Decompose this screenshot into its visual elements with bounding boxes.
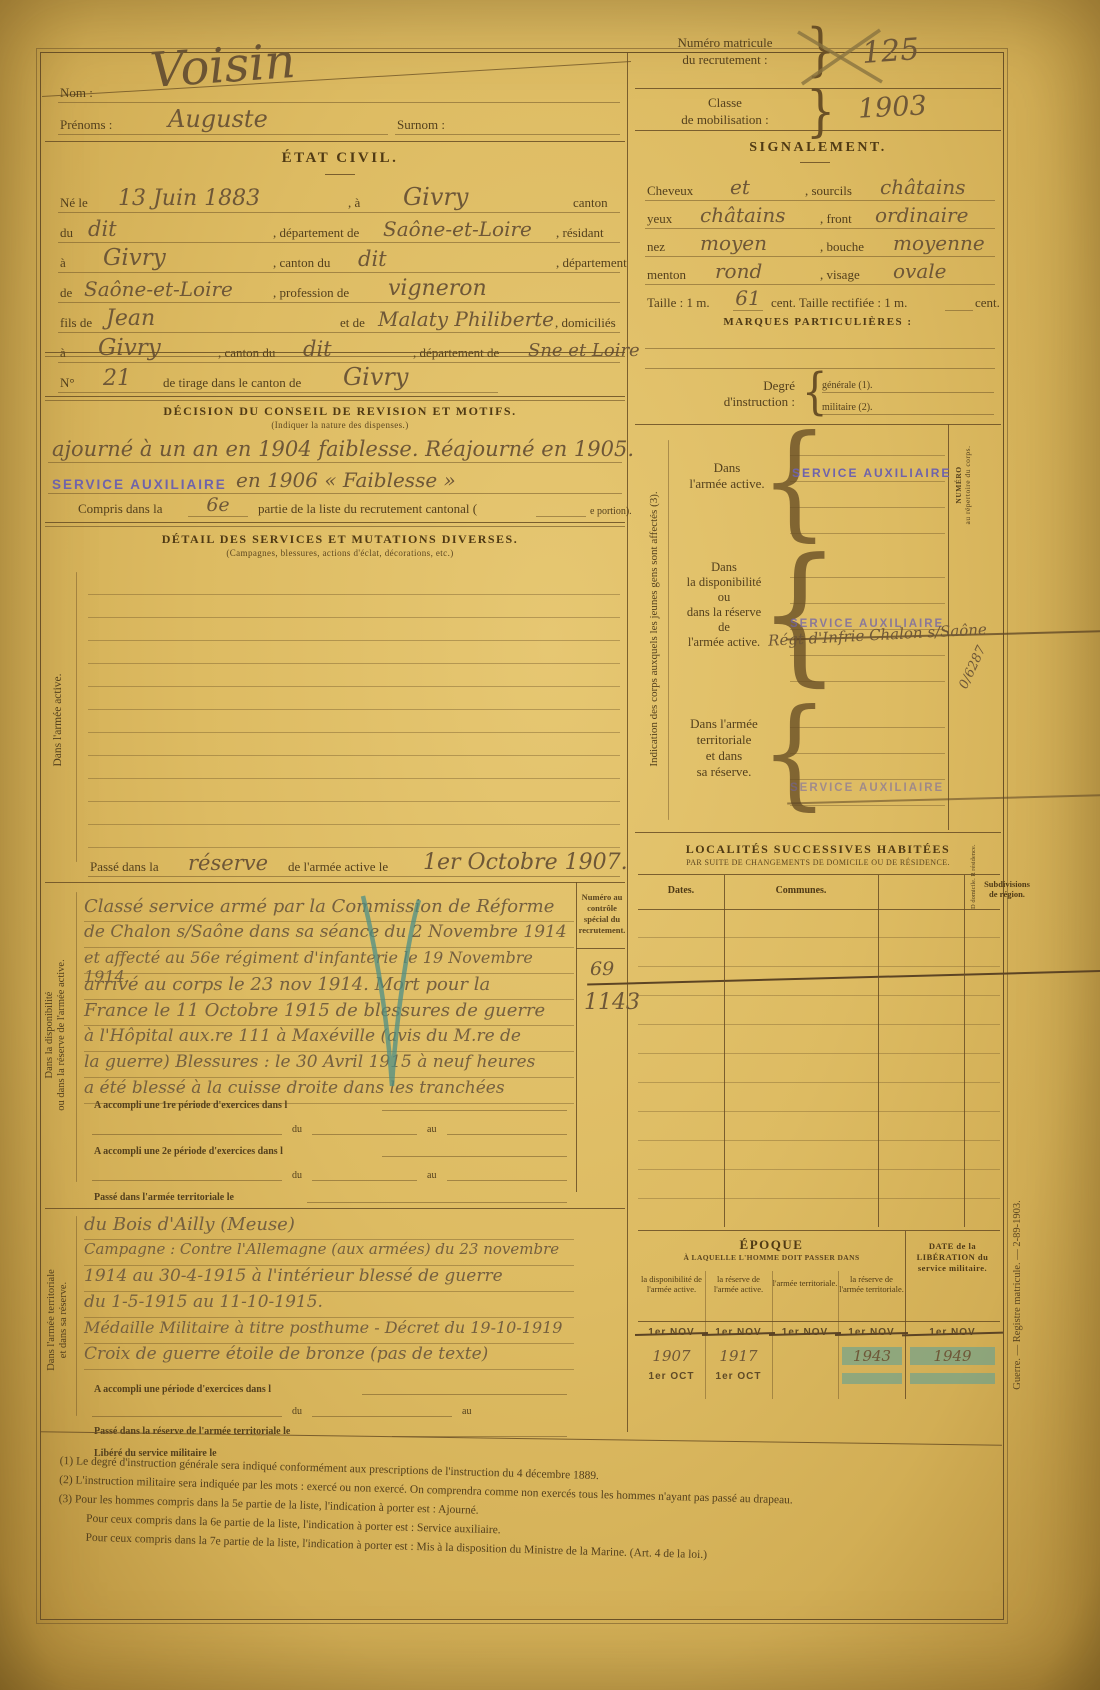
record-line: à l'Hôpital aux.re 111 à Maxéville (avis…: [84, 1026, 574, 1052]
record-line: et affecté au 56e régiment d'infanterie …: [84, 948, 574, 974]
epoque-r2c5: 1949: [910, 1347, 995, 1365]
service-auxiliaire-stamp-2: SERVICE AUXILIAIRE: [792, 466, 951, 480]
degre-generale-row: générale (1).: [822, 372, 994, 393]
menton-value: rond: [715, 259, 762, 283]
departement-label: , département: [556, 255, 627, 271]
degre-label-line2: d'instruction :: [700, 394, 795, 410]
compris-label2: partie de la liste du recrutement canton…: [258, 501, 477, 517]
periode1-row: A accompli une 1re période d'exercices d…: [92, 1088, 572, 1112]
localites-empty-rows: [638, 909, 1000, 1227]
epoque-col3-header: l'armée territoriale.: [772, 1279, 838, 1289]
matricule-label-line2: du recrutement :: [650, 51, 800, 68]
matricule-value: 125: [861, 32, 921, 71]
nez-value: moyen: [700, 231, 767, 255]
periode2-row: A accompli une 2e période d'exercices da…: [92, 1134, 572, 1158]
portion-label: e portion).: [590, 506, 632, 517]
decision-line1-text: ajourné à un an en 1904 faiblesse. Réajo…: [52, 437, 634, 461]
du-label: du: [60, 225, 73, 241]
nom-row: Nom :: [58, 76, 620, 103]
prof-value: vigneron: [388, 276, 487, 301]
classe-value: 1903: [857, 90, 927, 125]
cent-label: cent.: [975, 295, 1000, 311]
marques-title: MARQUES PARTICULIÈRES :: [640, 316, 996, 328]
etat-civil-row6: à Givry , canton du dit , département de…: [58, 332, 620, 363]
campagne-line: Campagne : Contre l'Allemagne (aux armée…: [84, 1240, 574, 1266]
record-line: arrivé au corps le 23 nov 1914. Mort pou…: [84, 974, 574, 1000]
surnom-label: Surnom :: [397, 117, 445, 133]
territoriale-vlabel: Dans l'armée territoriale et dans sa rés…: [46, 1220, 70, 1420]
service-record-block: Classé service armé par la Commission de…: [84, 896, 574, 1104]
compris-row: Compris dans la 6e partie de la liste du…: [58, 492, 620, 518]
dept-de-label: , département de: [273, 225, 359, 241]
prenoms-label: Prénoms :: [60, 117, 112, 133]
periode3-row: A accompli une période d'exercices dans …: [92, 1372, 572, 1396]
territoriale-vlabel-line2: et dans sa réserve.: [58, 1220, 70, 1420]
epoque-r2c2: 1917: [705, 1347, 772, 1365]
corps-b2-l2: la disponibilité: [680, 575, 768, 590]
etat-civil-row3: à Givry , canton du dit , département: [58, 242, 620, 273]
prenoms-row: Prénoms : Auguste: [58, 108, 388, 135]
pere-value: Jean: [106, 306, 155, 331]
classe-label: Classe de mobilisation :: [650, 94, 800, 128]
ctrl-header-divider: [576, 948, 625, 949]
birth-place-value: Givry: [403, 183, 468, 211]
corps-b3-l2: territoriale: [680, 732, 768, 748]
de-label: de: [60, 285, 72, 301]
repertoire-vlabel-line2: au répertoire du corps.: [963, 430, 972, 540]
taille-row: Taille : 1 m. 61 cent. Taille rectifiée …: [645, 286, 995, 312]
generale-label: générale (1).: [822, 380, 873, 391]
epoque-r3c1: 1er OCT: [638, 1371, 705, 1382]
tirage-divider: [45, 352, 625, 357]
campagne-line: Croix de guerre étoile de bronze (pas de…: [84, 1344, 574, 1370]
residant-label: , résidant: [556, 225, 604, 241]
etat-civil-row1: Né le 13 Juin 1883 , à Givry canton: [58, 180, 620, 213]
corps-b3-l1: Dans l'armée: [680, 716, 768, 732]
fils-label: fils de: [60, 315, 92, 331]
service-auxiliaire-stamp-4: SERVICE AUXILIAIRE: [790, 782, 1100, 794]
nom-label: Nom :: [60, 85, 93, 101]
corps-b2-l3: ou: [680, 590, 768, 605]
taille-label: Taille : 1 m.: [647, 295, 710, 311]
dispo-vlabel-line1: Dans la disponibilité: [44, 885, 56, 1185]
passe-reserve-row: Passé dans la réserve de l'armée active …: [88, 848, 620, 877]
periode1-blank: [382, 1100, 567, 1111]
repertoire-vlabel: NUMÉRO au répertoire du corps.: [954, 430, 972, 540]
corps-b3-l4: sa réserve.: [680, 764, 768, 780]
epoque-col2-header: la réserve de l'armée active.: [705, 1275, 772, 1294]
epoque-subtitle: À LAQUELLE L'HOMME DOIT PASSER DANS: [638, 1253, 905, 1262]
canton-du-label: , canton du: [273, 255, 330, 271]
canton1-value: dit: [88, 217, 117, 241]
territoriale-vlabel-line1: Dans l'armée territoriale: [46, 1220, 58, 1420]
decision-line1: ajourné à un an en 1904 faiblesse. Réajo…: [48, 432, 622, 463]
degre-militaire-row: militaire (2).: [822, 394, 994, 415]
campagne-line: du 1-5-1915 au 11-10-1915.: [84, 1292, 574, 1318]
bouche-label: , bouche: [820, 239, 864, 255]
corps-b2-label: Dans la disponibilité ou dans la réserve…: [680, 560, 768, 650]
record-line: de Chalon s/Saône dans sa séance du 2 No…: [84, 922, 574, 948]
record-line: Classé service armé par la Commission de…: [84, 896, 574, 922]
visage-value: ovale: [893, 259, 947, 283]
corps-b3-l3: et dans: [680, 748, 768, 764]
nez-label: nez: [647, 239, 665, 255]
classe-divider: [635, 130, 1001, 131]
epoque-r3c2: 1er OCT: [705, 1371, 772, 1382]
periode1-dates-row: du au: [92, 1112, 572, 1136]
localites-table: Dates. Communes. Subdivisions de région.…: [638, 874, 1000, 1227]
tirage-canton-value: Givry: [343, 363, 408, 391]
epoque-r2c1: 1907: [638, 1347, 705, 1365]
dept3-value: Sne et Loire: [528, 340, 640, 361]
dispo-top-divider: [45, 882, 625, 883]
detail-title: DÉTAIL DES SERVICES ET MUTATIONS DIVERSE…: [60, 532, 620, 547]
corps-brace-line: [668, 440, 669, 820]
campagne-line: Médaille Militaire à titre posthume - Dé…: [84, 1318, 574, 1344]
localites-col-communes: Communes.: [724, 885, 878, 896]
epoque-r1c4: 1er NOV: [838, 1327, 905, 1338]
detail-subtitle: (Campagnes, blessures, actions d'éclat, …: [60, 548, 620, 558]
corps-b1-label-line1: Dans: [686, 460, 768, 476]
etat-civil-row4: de Saône-et-Loire , profession de vigner…: [58, 272, 620, 303]
surnom-row: Surnom :: [395, 108, 620, 135]
degre-label-line1: Degré: [700, 378, 795, 394]
etat-civil-row2: du dit , département de Saône-et-Loire ,…: [58, 212, 620, 243]
passe-reserve-label2: de l'armée active le: [288, 859, 388, 875]
territoriale-top-divider: [45, 1208, 625, 1209]
campagne-line: 1914 au 30-4-1915 à l'intérieur blessé d…: [84, 1266, 574, 1292]
epoque-rows-top: [638, 1321, 1000, 1322]
epoque-r3c4-highlight: [842, 1373, 902, 1384]
yeux-value: châtains: [700, 203, 786, 227]
classe-label-line1: Classe: [650, 94, 800, 111]
epoque-title: ÉPOQUE: [638, 1237, 905, 1253]
localites-subtitle: PAR SUITE DE CHANGEMENTS DE DOMICILE OU …: [640, 858, 996, 867]
record-line: France le 11 Octobre 1915 de blessures d…: [84, 1000, 574, 1026]
classe-label-line2: de mobilisation :: [650, 111, 800, 128]
matricule-label-line1: Numéro matricule: [650, 34, 800, 51]
prenoms-value: Auguste: [168, 105, 268, 133]
column-divider: [627, 52, 628, 1432]
armee-active-blank-lines: [88, 572, 620, 848]
dom-label: , domiciliés: [555, 315, 616, 331]
corps-vlabel: Indication des corps auxquels les jeunes…: [648, 430, 660, 828]
armee-active-brace-line: [76, 572, 77, 862]
margin-imprint: Guerre. — Registre matricule. — 2-89-190…: [1012, 1140, 1023, 1450]
bouche-value: moyenne: [893, 231, 985, 255]
dept2-value: Saône-et-Loire: [84, 277, 233, 301]
epoque-r1c5: 1er NOV: [905, 1327, 1000, 1338]
front-label: , front: [820, 211, 852, 227]
corps-b2-l1: Dans: [680, 560, 768, 575]
passe-reserve-date: 1er Octobre 1907.: [423, 850, 628, 875]
corps-b2-l6: l'armée active.: [680, 635, 768, 650]
repertoire-vlabel-line1: NUMÉRO: [954, 430, 963, 540]
portion-blank: [536, 504, 586, 517]
taille-rect-blank: [945, 300, 973, 311]
matricule-label: Numéro matricule du recrutement :: [650, 34, 800, 68]
epoque-r1c1: 1er NOV: [638, 1327, 705, 1338]
marques-title-text: MARQUES PARTICULIÈRES :: [723, 316, 912, 328]
passe-reserve-terr-blank: [392, 1426, 567, 1437]
birth-date-value: 13 Juin 1883: [118, 186, 260, 211]
etat-civil-row5: fils de Jean et de Malaty Philiberte , d…: [58, 302, 620, 333]
yeux-label: yeux: [647, 211, 672, 227]
periode1-label: A accompli une 1re période d'exercices d…: [94, 1100, 287, 1111]
detail-top-divider: [45, 522, 625, 527]
decision-top-divider: [45, 396, 625, 401]
localites-col-dates: Dates.: [638, 885, 724, 896]
ctrl-header: Numéro au contrôle spécial du recrutemen…: [578, 892, 626, 936]
epoque-col1-header: la disponibilité de l'armée active.: [638, 1275, 705, 1294]
ctrl-header-text: Numéro au contrôle spécial du recrutemen…: [579, 892, 626, 935]
blue-check-mark: [355, 890, 425, 1100]
localites-col-dr: D domicile. R résidence.: [970, 875, 977, 909]
marques-blank1: [645, 336, 995, 349]
armee-active-vlabel: Dans l'armée active.: [52, 580, 64, 860]
periode3-blank: [362, 1384, 567, 1395]
ne-le-label: Né le: [60, 195, 88, 211]
epoque-table: ÉPOQUE À LAQUELLE L'HOMME DOIT PASSER DA…: [638, 1230, 1000, 1399]
taille-label2: cent. Taille rectifiée : 1 m.: [771, 295, 907, 311]
partie-value: 6e: [188, 494, 248, 517]
signalement-row1: Cheveux et , sourcils châtains: [645, 172, 995, 201]
epoque-r1c3: 1er NOV: [772, 1327, 838, 1338]
tirage-row: N° 21 de tirage dans le canton de Givry: [58, 362, 498, 393]
dept1-value: Saône-et-Loire: [383, 217, 532, 241]
decision-subtitle: (Indiquer la nature des dispenses.): [60, 420, 620, 430]
periode2-blank: [382, 1146, 567, 1157]
ctrl-box-left-border: [576, 882, 577, 1192]
degre-label: Degré d'instruction :: [700, 378, 795, 410]
record-line: la guerre) Blessures : le 30 Avril 1915 …: [84, 1052, 574, 1078]
localites-top-divider: [635, 832, 1001, 833]
menton-label: menton: [647, 267, 686, 283]
passe-reserve-label1: Passé dans la: [90, 859, 159, 875]
dispo-vlabel: Dans la disponibilité ou dans la réserve…: [44, 885, 68, 1185]
militaire-label: militaire (2).: [822, 402, 873, 413]
periode2-label: A accompli une 2e période d'exercices da…: [94, 1146, 283, 1157]
periode3-dates-row: du au: [92, 1396, 572, 1418]
cheveux-value: et: [730, 175, 750, 199]
a2-label: à: [60, 255, 66, 271]
front-value: ordinaire: [875, 203, 968, 227]
campagne-block: du Bois d'Ailly (Meuse) Campagne : Contr…: [84, 1214, 574, 1370]
passe-territoriale-label: Passé dans l'armée territoriale le: [94, 1192, 234, 1203]
sourcils-value: châtains: [880, 175, 966, 199]
signalement-title: SIGNALEMENT.: [640, 140, 996, 156]
periode3-label: A accompli une période d'exercices dans …: [94, 1384, 271, 1395]
decision-line2-text: en 1906 « Faiblesse »: [236, 468, 456, 492]
commune3-value: Givry: [98, 335, 161, 361]
mere-value: Malaty Philiberte: [378, 307, 554, 331]
dispo-brace-line: [76, 892, 77, 1182]
prof-label: , profession de: [273, 285, 349, 301]
decision-line2: SERVICE AUXILIAIRE en 1906 « Faiblesse »: [48, 463, 622, 494]
et-de-label: et de: [340, 315, 365, 331]
tirage-value: 21: [103, 366, 131, 391]
signalement-row4: menton rond , visage ovale: [645, 256, 995, 285]
dispo-vlabel-line2: ou dans la réserve de l'armée active.: [56, 885, 68, 1185]
ctrl-new-number: 1143: [584, 990, 640, 1015]
epoque-date-header: DATE de la LIBÉRATION du service militai…: [905, 1241, 1000, 1274]
epoque-r1c2: 1er NOV: [705, 1327, 772, 1338]
campagne-line: du Bois d'Ailly (Meuse): [84, 1214, 574, 1240]
corps-b1-label-line2: l'armée active.: [686, 476, 768, 492]
epoque-r2c4: 1943: [842, 1347, 902, 1365]
tirage-label: de tirage dans le canton de: [163, 375, 301, 391]
localites-title: LOCALITÉS SUCCESSIVES HABITÉES: [640, 842, 996, 857]
visage-label: , visage: [820, 267, 860, 283]
compris-label: Compris dans la: [78, 501, 163, 517]
etat-civil-title-dash: [325, 174, 355, 175]
sourcils-label: , sourcils: [805, 183, 852, 199]
signalement-title-dash: [800, 162, 830, 163]
service-auxiliaire-stamp-1: SERVICE AUXILIAIRE: [52, 477, 227, 492]
epoque-col4-header: la réserve de l'armée territoriale.: [838, 1275, 905, 1294]
canton2-value: dit: [358, 247, 387, 271]
no-label: N°: [60, 375, 75, 391]
corps-b3-label: Dans l'armée territoriale et dans sa rés…: [680, 716, 768, 780]
commune2-value: Givry: [103, 245, 166, 271]
corps-b2-l5: de: [680, 620, 768, 635]
corps-b1-lines: [790, 430, 945, 534]
passe-territoriale-row: Passé dans l'armée territoriale le: [92, 1180, 572, 1204]
document-sheet: Voisin Nom : Prénoms : Auguste Surnom : …: [0, 0, 1100, 1690]
signalement-row3: nez moyen , bouche moyenne: [645, 228, 995, 257]
a-label: , à: [348, 195, 360, 211]
etat-civil-title: ÉTAT CIVIL.: [60, 150, 620, 167]
canton-label: canton: [573, 195, 608, 211]
periode2-dates-row: du au: [92, 1158, 572, 1182]
name-section-divider: [45, 141, 625, 142]
decision-title: DÉCISION DU CONSEIL DE REVISION ET MOTIF…: [60, 404, 620, 419]
signalement-row2: yeux châtains , front ordinaire: [645, 200, 995, 229]
canton3-value: dit: [303, 337, 332, 361]
corps-b1-label: Dans l'armée active.: [686, 460, 768, 492]
territoriale-brace-line: [76, 1216, 77, 1416]
taille-value: 61: [733, 286, 763, 311]
corps-b2-l4: dans la réserve: [680, 605, 768, 620]
corps-b2-lines: [790, 552, 945, 682]
epoque-r3c5-highlight: [910, 1373, 995, 1384]
passe-reserve-value: réserve: [188, 851, 268, 875]
passe-territoriale-blank: [307, 1192, 567, 1203]
cheveux-label: Cheveux: [647, 183, 693, 199]
